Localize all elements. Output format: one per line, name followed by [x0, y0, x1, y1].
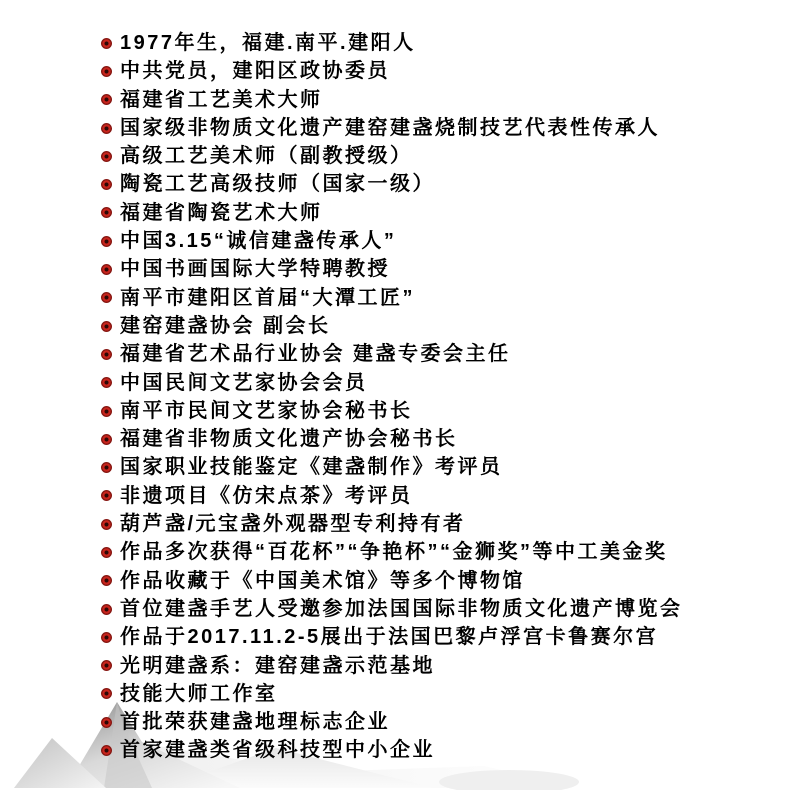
list-item-text: 首位建盏手艺人受邀参加法国国际非物质文化遗产博览会: [120, 595, 683, 623]
red-bullet-icon: [101, 604, 112, 615]
red-bullet-icon: [101, 38, 112, 49]
red-bullet-icon: [101, 575, 112, 586]
list-item-text: 中共党员，建阳区政协委员: [120, 57, 390, 85]
list-item-text: 福建省艺术品行业协会 建盏专委会主任: [120, 340, 511, 368]
red-bullet-icon: [101, 406, 112, 417]
red-bullet-icon: [101, 123, 112, 134]
list-item: 国家职业技能鉴定《建盏制作》考评员: [101, 453, 683, 481]
red-bullet-icon: [101, 94, 112, 105]
red-bullet-icon: [101, 519, 112, 530]
list-item: 作品多次获得“百花杯”“争艳杯”“金狮奖”等中工美金奖: [101, 538, 683, 566]
red-bullet-icon: [101, 321, 112, 332]
list-item: 建窑建盏协会 副会长: [101, 312, 683, 340]
red-bullet-icon: [101, 717, 112, 728]
red-bullet-icon: [101, 660, 112, 671]
list-item: 南平市建阳区首届“大潭工匠”: [101, 284, 683, 312]
list-item: 中共党员，建阳区政协委员: [101, 57, 683, 85]
red-bullet-icon: [101, 632, 112, 643]
red-bullet-icon: [101, 434, 112, 445]
list-item: 技能大师工作室: [101, 680, 683, 708]
list-item-text: 陶瓷工艺高级技师（国家一级）: [120, 170, 435, 198]
red-bullet-icon: [101, 264, 112, 275]
list-item: 高级工艺美术师（副教授级）: [101, 142, 683, 170]
red-bullet-icon: [101, 377, 112, 388]
list-item-text: 首家建盏类省级科技型中小企业: [120, 736, 435, 764]
list-item: 1977年生，福建.南平.建阳人: [101, 29, 683, 57]
list-item-text: 福建省工艺美术大师: [120, 86, 323, 114]
red-bullet-icon: [101, 66, 112, 77]
red-bullet-icon: [101, 151, 112, 162]
list-item-text: 建窑建盏协会 副会长: [120, 312, 331, 340]
list-item-text: 首批荣获建盏地理标志企业: [120, 708, 390, 736]
list-item-text: 葫芦盏/元宝盏外观器型专利持有者: [120, 510, 466, 538]
list-item-text: 中国民间文艺家协会会员: [120, 369, 368, 397]
red-bullet-icon: [101, 236, 112, 247]
list-item-text: 中国书画国际大学特聘教授: [120, 255, 390, 283]
list-item: 中国书画国际大学特聘教授: [101, 255, 683, 283]
list-item-text: 光明建盏系：建窑建盏示范基地: [120, 652, 435, 680]
list-item: 福建省艺术品行业协会 建盏专委会主任: [101, 340, 683, 368]
list-item: 首位建盏手艺人受邀参加法国国际非物质文化遗产博览会: [101, 595, 683, 623]
credential-list: 1977年生，福建.南平.建阳人 中共党员，建阳区政协委员 福建省工艺美术大师 …: [101, 29, 683, 765]
list-item-text: 高级工艺美术师（副教授级）: [120, 142, 413, 170]
list-item: 国家级非物质文化遗产建窑建盏烧制技艺代表性传承人: [101, 114, 683, 142]
list-item: 南平市民间文艺家协会秘书长: [101, 397, 683, 425]
list-item: 陶瓷工艺高级技师（国家一级）: [101, 170, 683, 198]
list-item-text: 作品收藏于《中国美术馆》等多个博物馆: [120, 567, 525, 595]
list-item: 福建省陶瓷艺术大师: [101, 199, 683, 227]
list-item: 首家建盏类省级科技型中小企业: [101, 736, 683, 764]
red-bullet-icon: [101, 462, 112, 473]
list-item-text: 南平市民间文艺家协会秘书长: [120, 397, 413, 425]
list-item-text: 国家职业技能鉴定《建盏制作》考评员: [120, 453, 503, 481]
page-background: 1977年生，福建.南平.建阳人 中共党员，建阳区政协委员 福建省工艺美术大师 …: [0, 0, 800, 800]
list-item: 中国民间文艺家协会会员: [101, 369, 683, 397]
list-item-text: 福建省非物质文化遗产协会秘书长: [120, 425, 458, 453]
list-item: 首批荣获建盏地理标志企业: [101, 708, 683, 736]
list-item: 葫芦盏/元宝盏外观器型专利持有者: [101, 510, 683, 538]
red-bullet-icon: [101, 688, 112, 699]
red-bullet-icon: [101, 179, 112, 190]
list-item: 作品收藏于《中国美术馆》等多个博物馆: [101, 567, 683, 595]
list-item: 光明建盏系：建窑建盏示范基地: [101, 652, 683, 680]
list-item-text: 福建省陶瓷艺术大师: [120, 199, 323, 227]
red-bullet-icon: [101, 207, 112, 218]
list-item-text: 非遗项目《仿宋点茶》考评员: [120, 482, 413, 510]
red-bullet-icon: [101, 349, 112, 360]
list-item-text: 南平市建阳区首届“大潭工匠”: [120, 284, 415, 312]
list-item: 作品于2017.11.2-5展出于法国巴黎卢浮宫卡鲁赛尔宫: [101, 623, 683, 651]
list-item-text: 1977年生，福建.南平.建阳人: [120, 29, 416, 57]
list-item-text: 中国3.15“诚信建盏传承人”: [120, 227, 396, 255]
list-item: 非遗项目《仿宋点茶》考评员: [101, 482, 683, 510]
red-bullet-icon: [101, 745, 112, 756]
list-item-text: 作品于2017.11.2-5展出于法国巴黎卢浮宫卡鲁赛尔宫: [120, 623, 658, 651]
list-item: 福建省工艺美术大师: [101, 86, 683, 114]
red-bullet-icon: [101, 292, 112, 303]
red-bullet-icon: [101, 547, 112, 558]
red-bullet-icon: [101, 490, 112, 501]
list-item-text: 技能大师工作室: [120, 680, 278, 708]
list-item: 中国3.15“诚信建盏传承人”: [101, 227, 683, 255]
list-item-text: 作品多次获得“百花杯”“争艳杯”“金狮奖”等中工美金奖: [120, 538, 668, 566]
list-item: 福建省非物质文化遗产协会秘书长: [101, 425, 683, 453]
list-item-text: 国家级非物质文化遗产建窑建盏烧制技艺代表性传承人: [120, 114, 660, 142]
